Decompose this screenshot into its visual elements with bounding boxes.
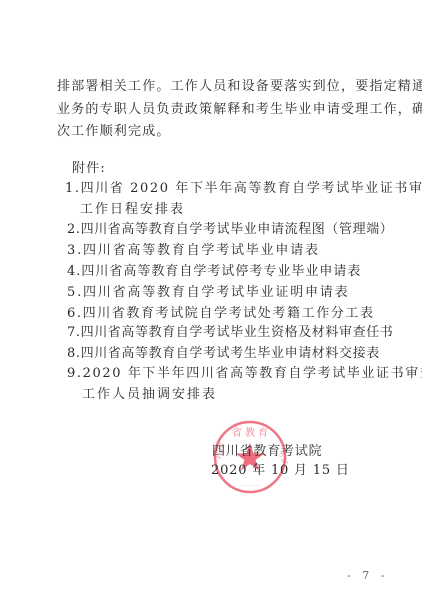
attachment-item: 7.四川省高等教育自学考试毕业生资格及材料审查任书 <box>67 325 393 341</box>
attachment-item: 3.四川省高等教育自学考试毕业申请表 <box>67 243 320 259</box>
attachments-heading: 附件: <box>72 161 106 177</box>
body-paragraph-line: 业务的专职人员负责政策解释和考生毕业申请受理工作，确保本 <box>57 102 422 118</box>
page-number: - 7 - <box>347 569 388 582</box>
svg-text:省 教 育: 省 教 育 <box>232 426 268 439</box>
body-paragraph-line: 排部署相关工作。工作人员和设备要落实到位，要指定精通自考 <box>57 79 422 95</box>
attachment-item: 8.四川省高等教育自学考试考生毕业申请材料交接表 <box>67 346 380 362</box>
attachment-item: 4.四川省高等教育自学考试停考专业毕业申请表 <box>67 264 361 280</box>
attachment-item: 5.四川省高等教育自学考试毕业证明申请表 <box>67 285 349 301</box>
svg-text:···············: ··············· <box>240 483 259 488</box>
attachment-item-continued: 工作日程安排表 <box>80 202 185 218</box>
signature-date: 2020 年 10 月 15 日 <box>211 463 350 479</box>
attachment-item-continued: 工作人员抽调安排表 <box>82 387 217 403</box>
attachment-item: 2.四川省高等教育自学考试毕业申请流程图（管理端） <box>67 222 393 238</box>
body-paragraph-line: 次工作顺利完成。 <box>57 124 171 140</box>
attachment-item: 9.2020 年下半年四川省高等教育自学考试毕业证书审查办理 <box>67 366 422 382</box>
signature-organization: 四川省教育考试院 <box>212 444 322 460</box>
attachment-item: 1.四川省 2020 年下半年高等教育自学考试毕业证书审查办理 <box>65 181 422 197</box>
attachment-item: 6.四川省教育考试院自学考试处考籍工作分工表 <box>67 306 375 322</box>
